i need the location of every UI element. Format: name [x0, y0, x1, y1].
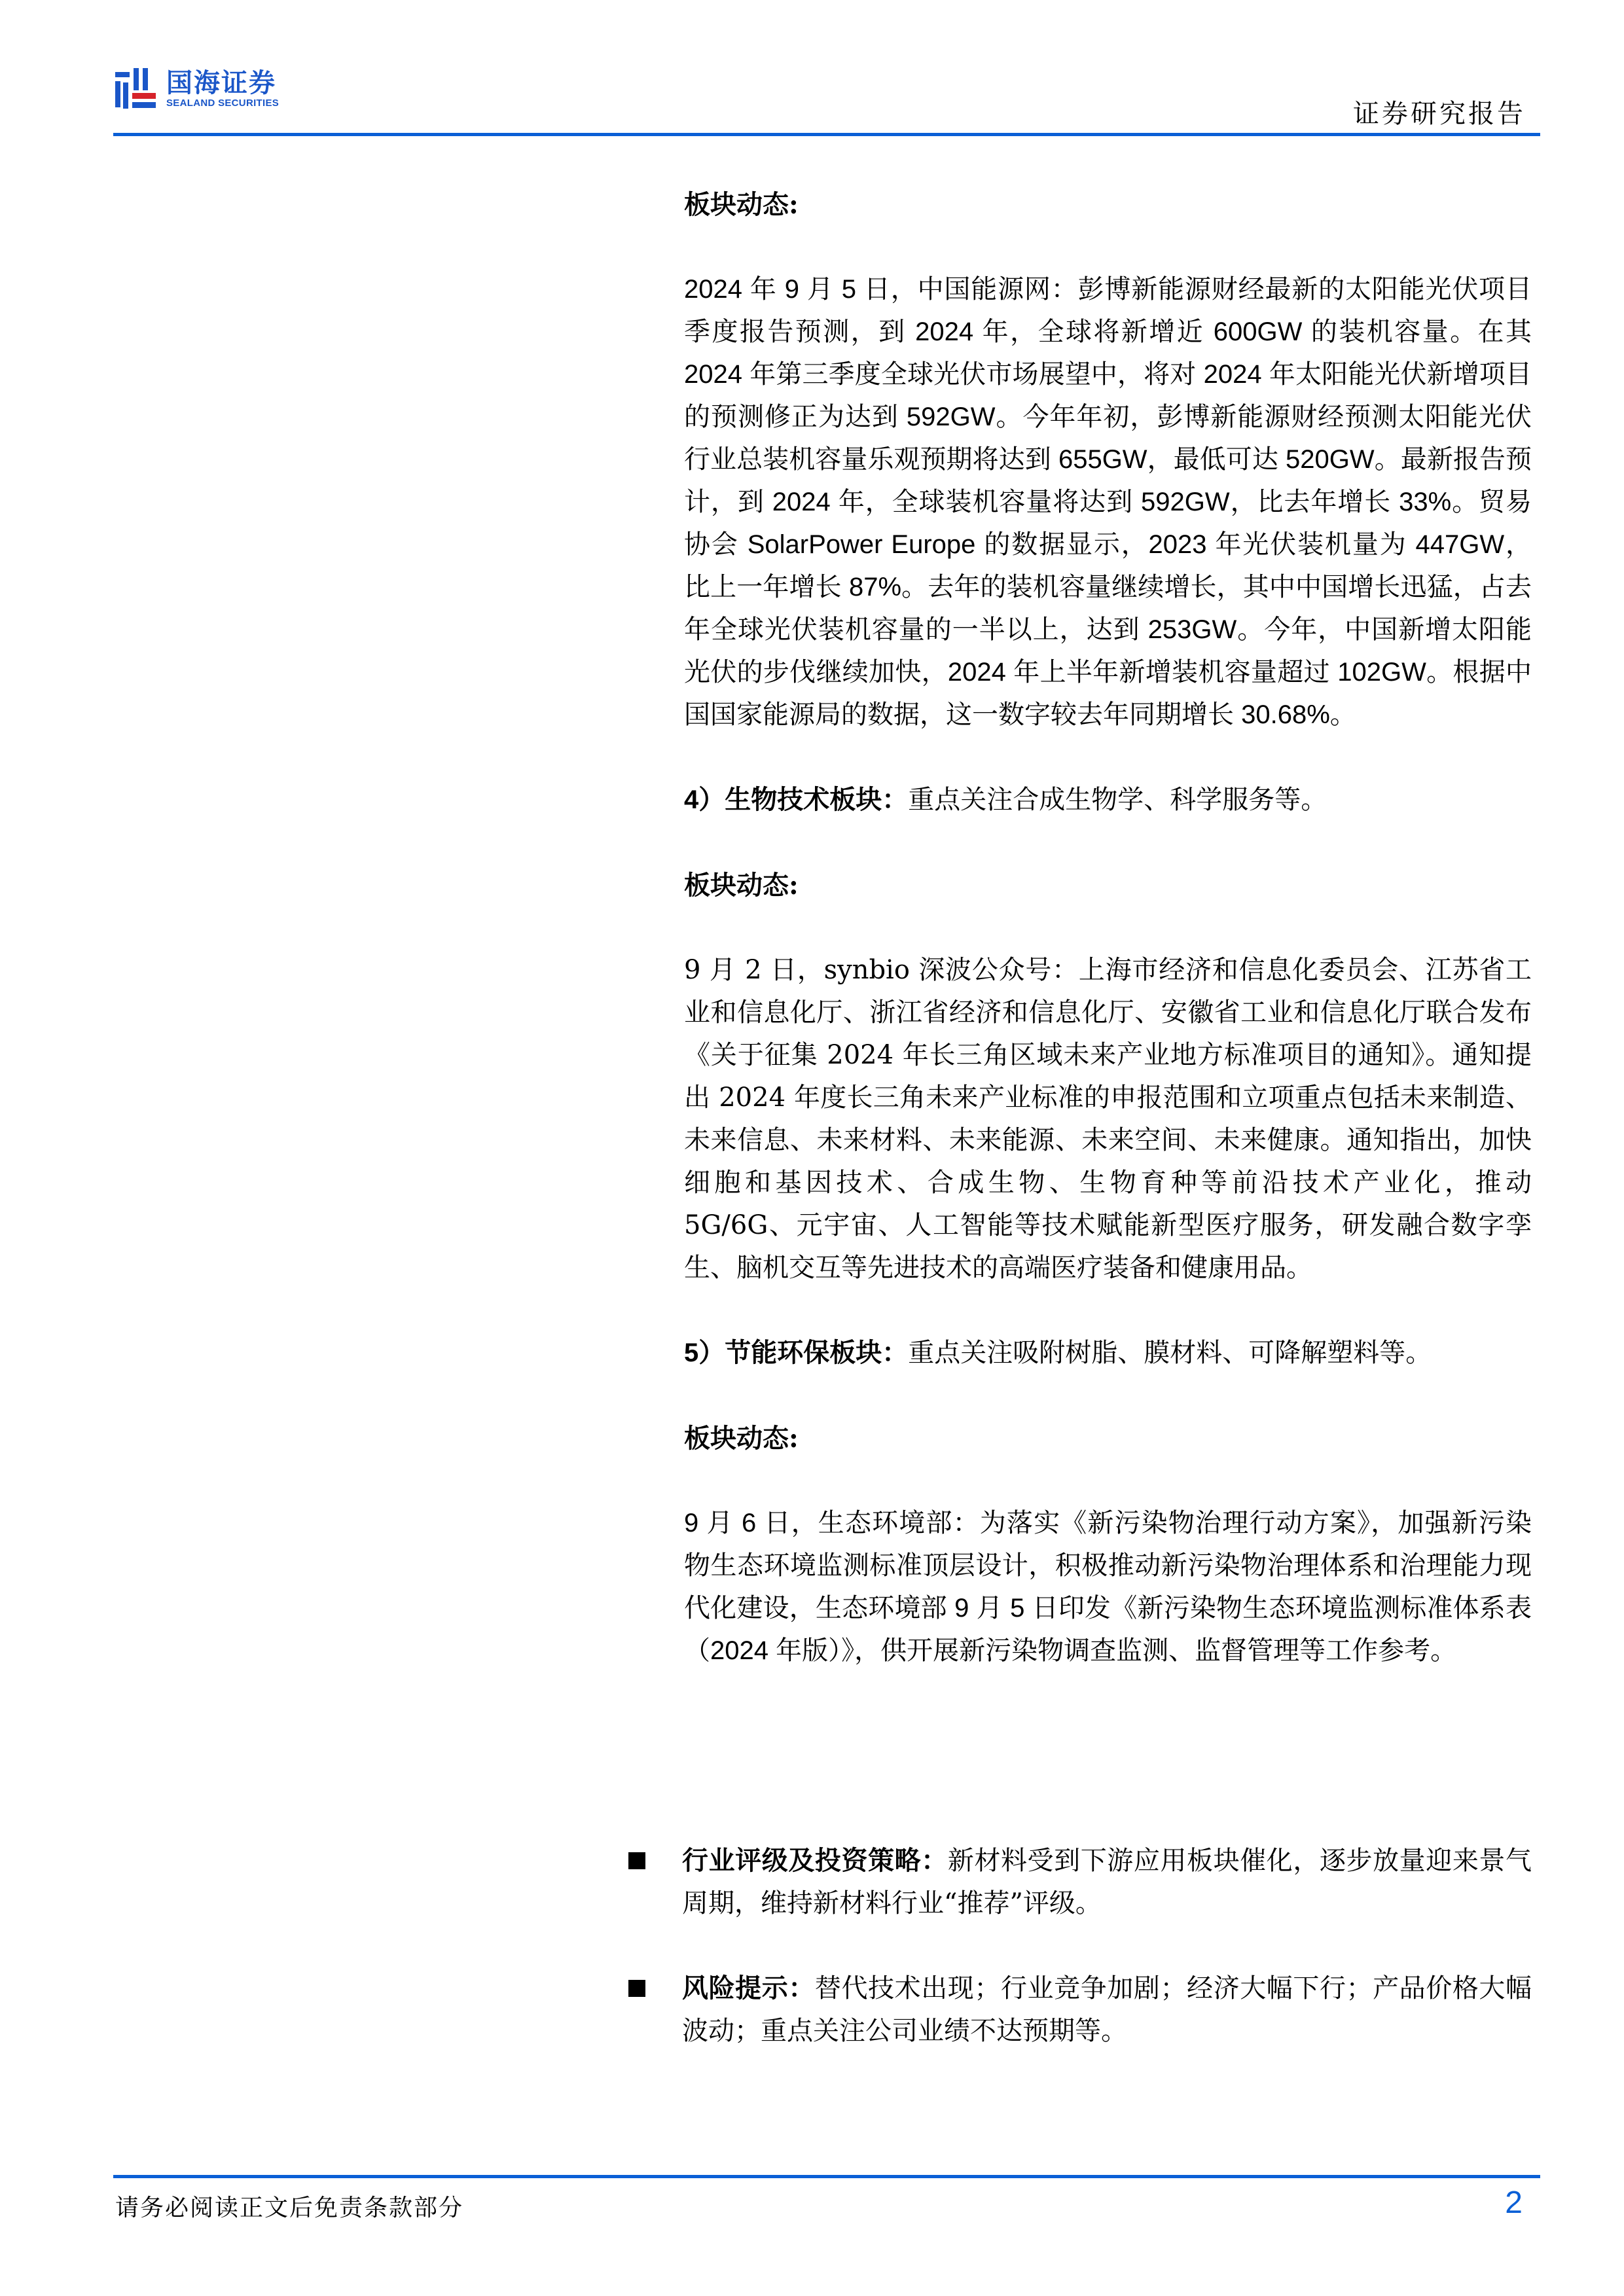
page-number: 2: [1505, 2185, 1523, 2221]
square-bullet-icon: [628, 1980, 645, 1997]
document-type-label: 证券研究报告: [1353, 93, 1526, 130]
disclaimer-note: 请务必阅读正文后免责条款部分: [115, 2189, 463, 2223]
section-body-solar: 2024 年 9 月 5 日，中国能源网：彭博新能源财经最新的太阳能光伏项目季度…: [684, 268, 1532, 736]
square-bullet-icon: [628, 1852, 645, 1869]
sector-title-focus: 重点关注合成生物学、科学服务等。: [908, 785, 1327, 815]
report-body: 板块动态: 2024 年 9 月 5 日，中国能源网：彭博新能源财经最新的太阳能…: [684, 183, 1532, 1672]
company-logo: 国海证券 SEALAND SECURITIES: [115, 68, 279, 110]
section-heading: 板块动态:: [684, 864, 1532, 906]
section-heading: 板块动态:: [684, 183, 1532, 226]
sector-title-label: 5）节能环保板块：: [684, 1338, 908, 1367]
sector-title-focus: 重点关注吸附树脂、膜材料、可降解塑料等。: [908, 1338, 1432, 1368]
logo-chinese-name: 国海证券: [166, 69, 279, 98]
sector-title-label: 4）生物技术板块：: [684, 785, 908, 814]
sealand-logo-icon: [115, 68, 156, 110]
logo-english-name: SEALAND SECURITIES: [166, 98, 279, 109]
sector-title-environment: 5）节能环保板块：重点关注吸附树脂、膜材料、可降解塑料等。: [684, 1332, 1532, 1374]
sector-title-biotech: 4）生物技术板块：重点关注合成生物学、科学服务等。: [684, 779, 1532, 821]
section-body-biotech: 9 月 2 日，synbio 深波公众号：上海市经济和信息化委员会、江苏省工业和…: [684, 949, 1532, 1289]
bullet-rating-strategy: 行业评级及投资策略：新材料受到下游应用板块催化，逐步放量迎来景气周期，维持新材料…: [628, 1839, 1532, 1925]
section-heading: 板块动态:: [684, 1417, 1532, 1460]
bullet-label: 行业评级及投资策略：: [682, 1845, 948, 1876]
footer-divider: [113, 2175, 1540, 2178]
bullet-label: 风险提示：: [682, 1973, 815, 2003]
header-divider: [113, 133, 1540, 136]
bullet-risk-warning: 风险提示：替代技术出现；行业竞争加剧；经济大幅下行；产品价格大幅波动；重点关注公…: [628, 1967, 1532, 2053]
section-body-environment: 9 月 6 日，生态环境部：为落实《新污染物治理行动方案》，加强新污染物生态环境…: [684, 1502, 1532, 1672]
